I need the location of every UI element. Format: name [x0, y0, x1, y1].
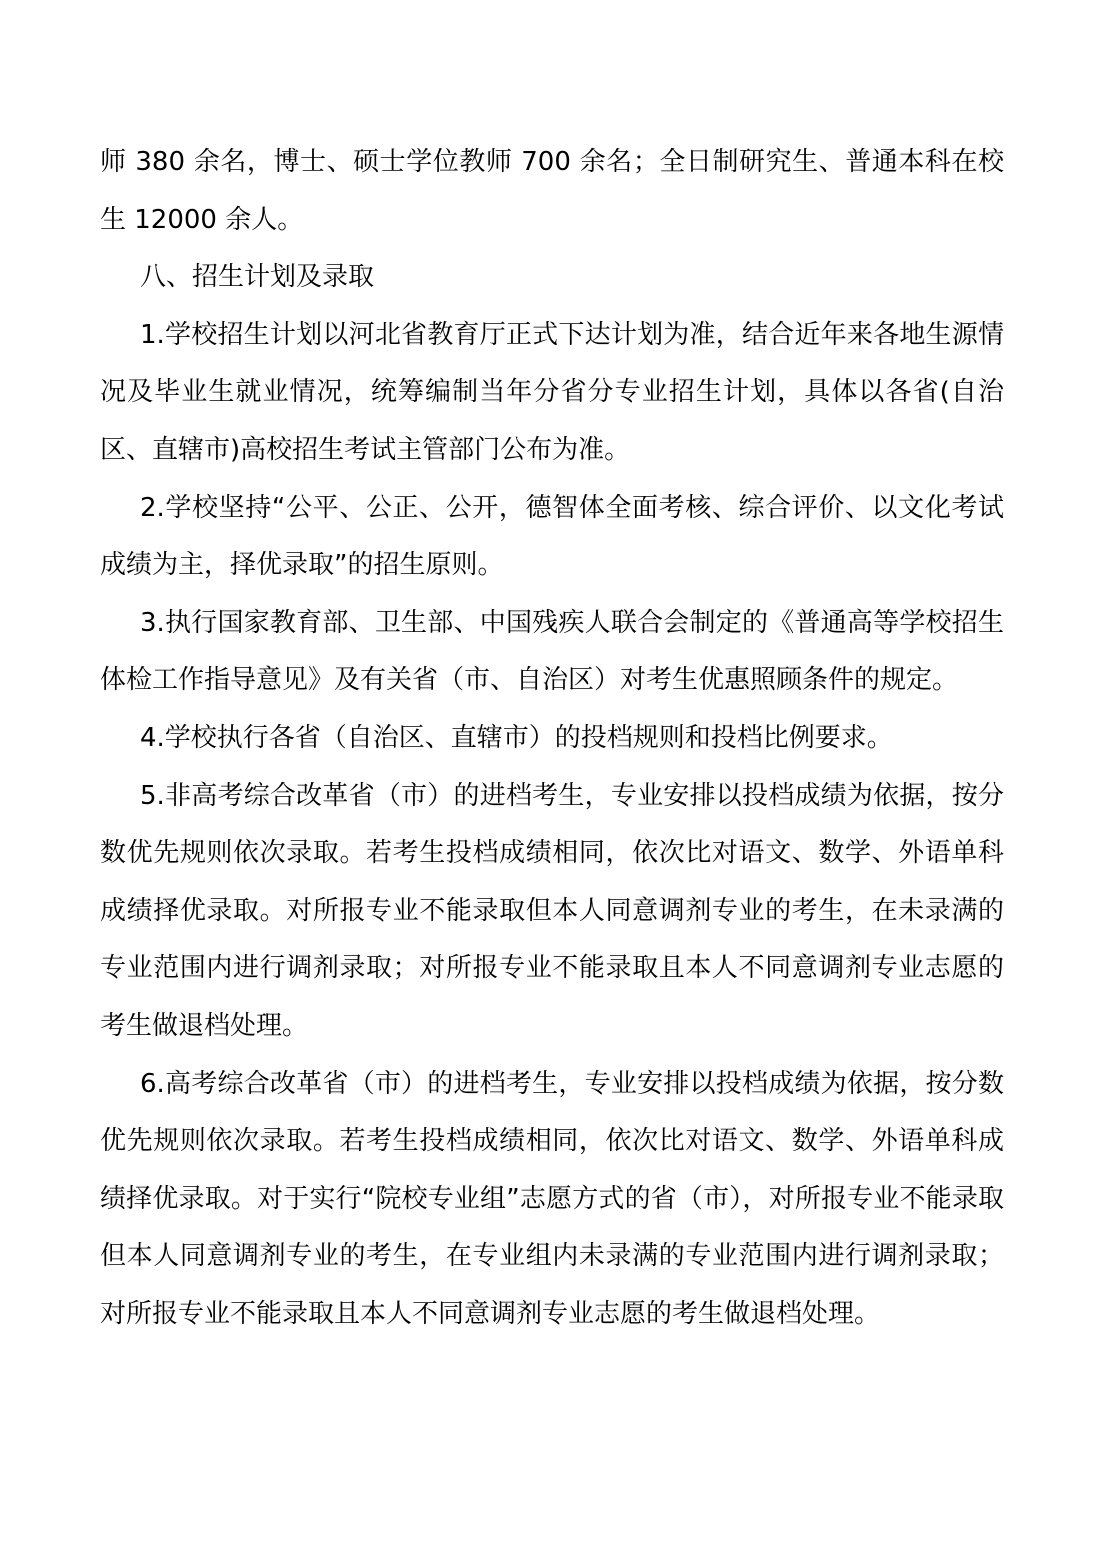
paragraph-item-6: 6.高考综合改革省（市）的进档考生，专业安排以投档成绩为依据，按分数优先规则依次… [100, 1056, 1004, 1344]
paragraph-item-5: 5.非高考综合改革省（市）的进档考生，专业安排以投档成绩为依据，按分数优先规则依… [100, 768, 1004, 1056]
paragraph-item-2: 2.学校坚持“公平、公正、公开，德智体全面考核、综合评价、以文化考试成绩为主，择… [100, 480, 1004, 595]
document-page: 师 380 余名，博士、硕士学位教师 700 余名；全日制研究生、普通本科在校生… [100, 134, 1004, 1343]
paragraph-item-3: 3.执行国家教育部、卫生部、中国残疾人联合会制定的《普通高等学校招生体检工作指导… [100, 595, 1004, 710]
paragraph-item-4: 4.学校执行各省（自治区、直辖市）的投档规则和投档比例要求。 [100, 710, 1004, 768]
section-heading-admission-plan: 八、招生计划及录取 [100, 249, 1004, 307]
paragraph-item-1: 1.学校招生计划以河北省教育厅正式下达计划为准，结合近年来各地生源情况及毕业生就… [100, 307, 1004, 480]
paragraph-staff-stats: 师 380 余名，博士、硕士学位教师 700 余名；全日制研究生、普通本科在校生… [100, 134, 1004, 249]
